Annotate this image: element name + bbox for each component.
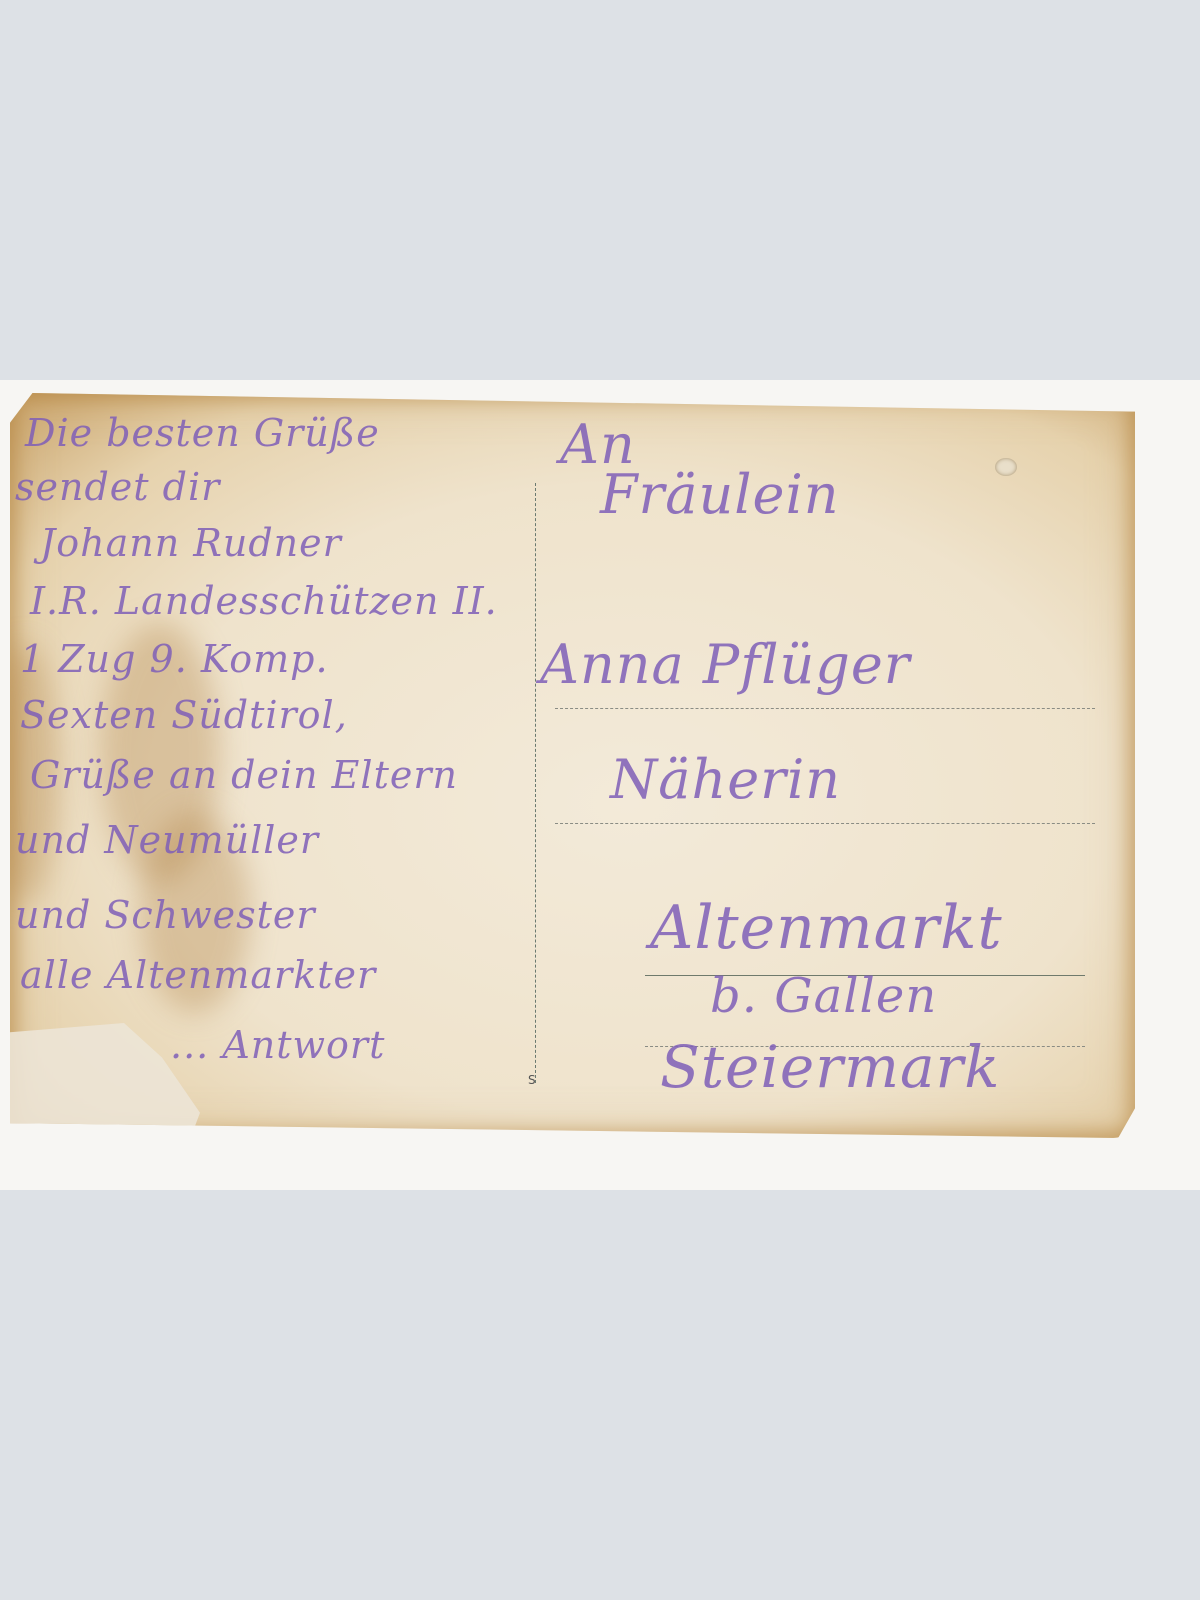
address-line-text: Altenmarkt (650, 893, 1003, 963)
address-line-text: Näherin (610, 748, 841, 811)
address-line-text: Fräulein (600, 463, 840, 526)
message-line: sendet dir (15, 465, 220, 509)
message-line: ... Antwort (170, 1023, 385, 1067)
address-line-text: Anna Pflüger (540, 633, 911, 696)
message-line: und Neumüller (15, 818, 319, 862)
message-line: Grüße an dein Eltern (30, 753, 458, 797)
message-line: Johann Rudner (40, 521, 342, 565)
message-line: 1 Zug 9. Komp. (20, 637, 329, 681)
postcard: S Die besten Grüße sendet dir Johann Rud… (10, 393, 1135, 1138)
pin-hole (995, 458, 1017, 476)
center-divider (535, 483, 536, 1083)
address-line-text: b. Gallen (710, 968, 937, 1024)
message-line: und Schwester (15, 893, 316, 937)
address-line (555, 708, 1095, 709)
printer-mark: S (528, 1073, 536, 1087)
message-line: Sexten Südtirol, (20, 693, 348, 737)
message-line: alle Altenmarkter (20, 953, 376, 997)
message-line: I.R. Landesschützen II. (30, 579, 498, 623)
message-line: Die besten Grüße (25, 411, 380, 455)
address-line-text: Steiermark (660, 1033, 1000, 1101)
address-line (555, 823, 1095, 824)
